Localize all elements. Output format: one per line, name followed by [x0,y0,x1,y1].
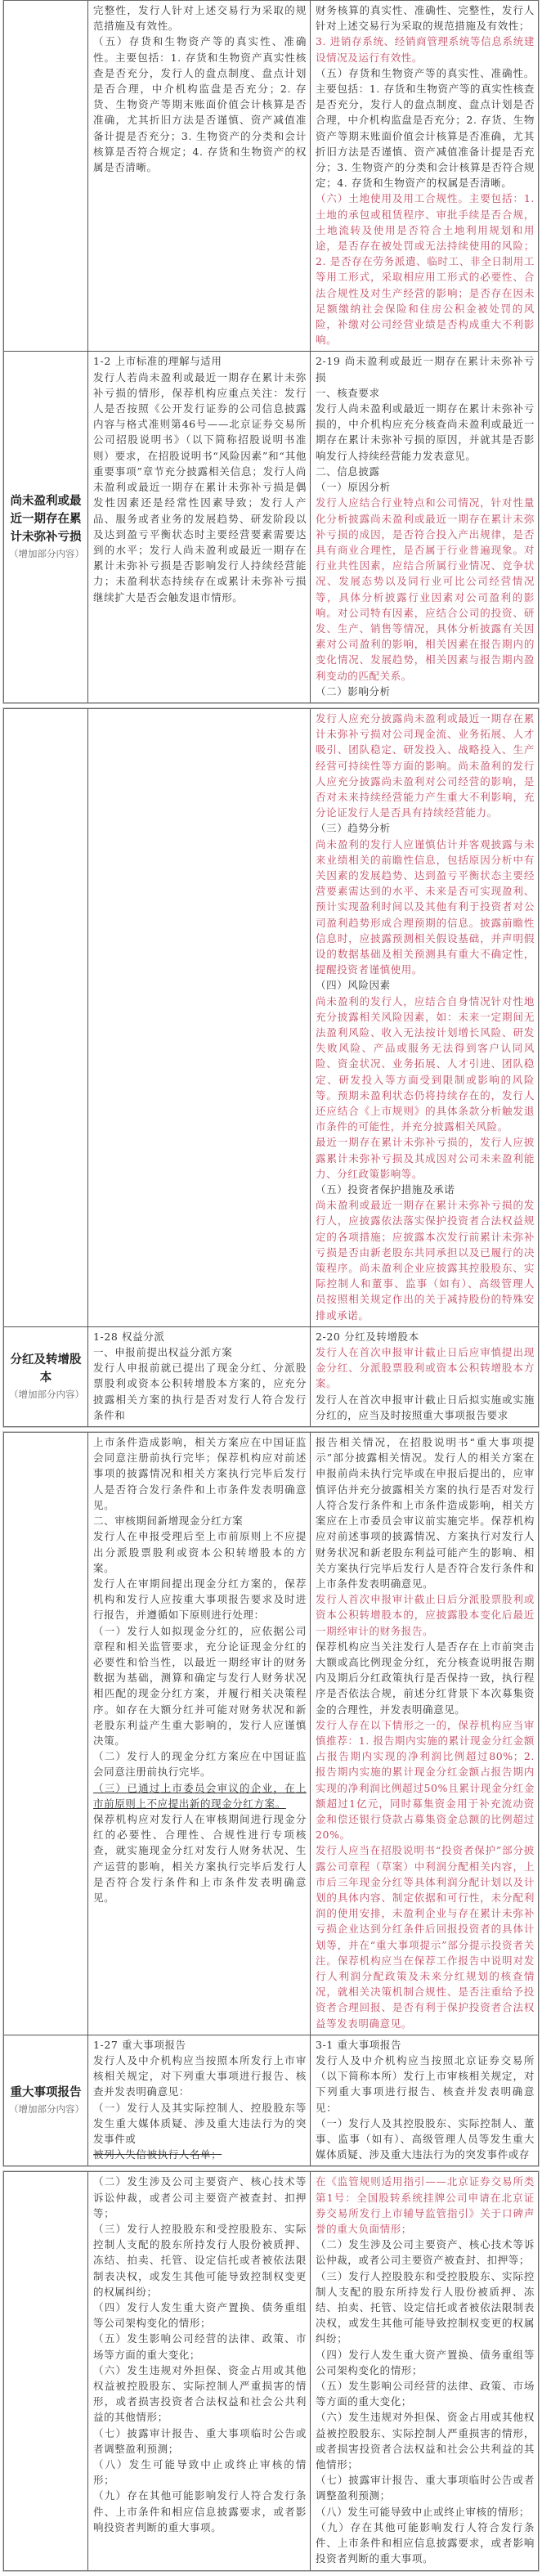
paragraph: （七）披露审计报告、重大事项临时公告或者调整盈利预测； [316,2472,535,2503]
added-paragraph: （六）土地使用及用工合规性。主要包括：1. 土地的承包或租赁程序、审批手续是否合… [316,191,535,348]
added-paragraph: 发行人应充分披露尚未盈利或最近一期存在累计未弥补亏损对公司现金流、业务拓展、人才… [316,711,535,820]
paragraph: （三）已通过上市委员会审议的企业，在上市前原则上不应提出新的现金分红方案。 [93,1780,307,1811]
paragraph: 保荐机构应对发行人在审核期间进行现金分红的必要性、合理性、合规性进行专项核查，就… [93,1811,307,1905]
added-paragraph: 发行人在首次申报审计截止日后应审慎提出现金分红、分派股票股利或资本公积转增股本方… [316,1344,535,1392]
paragraph: 上市条件造成影响，相关方案应在中国证监会同意注册前执行完毕；保荐机构应对前述事项… [93,1434,307,1513]
table-row: 上市条件造成影响，相关方案应在中国证监会同意注册前执行完毕；保荐机构应对前述事项… [4,1433,538,2035]
old-rule-cell: 1-27 重大事项报告发行人及中介机构应当按照本所发行上市审核相关规定，对下列重… [88,2035,311,2166]
new-rule-cell: 2-20 分红及转增股本发行人在首次申报审计截止日后应审慎提出现金分红、分派股票… [311,1327,538,1426]
paragraph: 发行人及中介机构应当按照北京证券交易所（以下简称本所）发行上市审核相关规定，对下… [316,2053,535,2116]
paragraph: 1-2 上市标准的理解与适用 [93,353,307,369]
added-paragraph: 发行人首次申报审计截止日后分派股票股利或资本公积转增股本的，应披露股本变化后最近… [316,1591,535,1639]
topic-note: （增加部分内容） [9,546,83,562]
table-row: 分红及转增股本（增加部分内容）1-28 权益分派一、申报前提出权益分派方案发行人… [4,1327,538,1426]
topic-note: （增加部分内容） [9,1387,83,1402]
paragraph: （五）存货和生物资产等的真实性、准确性。主要包括：1. 存货和生物资产等的真实性… [316,65,535,191]
paragraph: 一、核查要求 [316,385,535,401]
paragraph: （一）发行人如拟现金分红的，应依据公司章程和相关监管要求，充分论证现金分红的必要… [93,1623,307,1749]
paragraph: 发行人在首次申报审计截止日后拟实施或实施分红的，应当及时按照重大事项报告要求 [316,1392,535,1423]
paragraph: 完整性，发行人针对上述交易行为采取的规范措施及有效性。 [93,2,307,34]
topic-title: 分红及转增股本 [9,1351,83,1387]
paragraph: （二）发生涉及公司主要资产、核心技术等诉讼仲裁，或者公司主要资产被查封、扣押等； [316,2237,535,2268]
paragraph: （八）发生可能导致中止或终止审核的情形； [316,2504,535,2520]
added-paragraph: 发行人应当在招股说明书“投资者保护”部分披露公司章程（草案）中利润分配相关内容，… [316,1842,535,2031]
paragraph: 二、审核期间新增现金分红方案 [93,1513,307,1528]
added-paragraph: 最近一期存在累计未弥补亏损的，发行人应披露累计未弥补亏损及其成因对公司未来盈利能… [316,1134,535,1182]
paragraph: （五）发生影响公司经营的法律、政策、市场等方面的重大变化； [93,2331,307,2362]
paragraph: （五）存货和生物资产等的真实性、准确性。主要包括：1. 存货和生物资产真实性核查… [93,34,307,175]
paragraph: 一、申报前提出权益分派方案 [93,1344,307,1360]
paragraph: （三）发行人控股股东和受控股股东、实际控制人支配的股东所持发行人股份被质押、冻结… [316,2269,535,2347]
paragraph: （三）发行人控股股东和受控股股东、实际控制人支配的股东所持发行人股份被质押、冻结… [93,2221,307,2300]
paragraph: 1-28 权益分派 [93,1329,307,1344]
paragraph: 发行人若尚未盈利或最近一期存在累计未弥补亏损的情形，保荐机构应重点关注：发行人是… [93,370,307,605]
topic-cell: 分红及转增股本（增加部分内容） [4,1327,88,1426]
paragraph: （一）发行人及其实际控制人、控股股东等发生重大媒体质疑、涉及重大违法行为的突发事… [93,2100,307,2147]
table-row: 尚未盈利或最近一期存在累计未弥补亏损（增加部分内容）1-2 上市标准的理解与适用… [4,352,538,702]
paragraph: （一）发行人及其控股股东、实际控制人、董事、监事（如有）、高级管理人员等发生重大… [316,2116,535,2163]
old-rule-cell: 上市条件造成影响，相关方案应在中国证监会同意注册前执行完毕；保荐机构应对前述事项… [88,1433,311,2035]
paragraph: （九）存在其他可能影响发行人符合发行条件、上市条件和相应信息披露要求，或者影响投… [316,2520,535,2567]
topic-cell [4,2172,88,2569]
topic-cell [4,1,88,351]
old-rule-cell: 完整性，发行人针对上述交易行为采取的规范措施及有效性。（五）存货和生物资产等的真… [88,1,311,351]
new-rule-cell: 2-19 尚未盈利或最近一期存在累计未弥补亏损一、核查要求发行人尚未盈利或最近一… [311,352,538,702]
paragraph: （七）披露审计报告、重大事项临时公告或者调整盈利预测； [93,2426,307,2457]
table-row: 重大事项报告（增加部分内容）1-27 重大事项报告发行人及中介机构应当按照本所发… [4,2035,538,2166]
paragraph: （九）存在其他可能影响发行人符合发行条件、上市条件和相应信息披露要求，或者影响投… [93,2488,307,2535]
added-paragraph: 发行人应结合行业特点和公司情况，针对性量化分析披露尚未盈利或最近一期存在累计未弥… [316,495,535,683]
table-page-segment: 完整性，发行人针对上述交易行为采取的规范措施及有效性。（五）存货和生物资产等的真… [3,0,539,703]
topic-cell: 尚未盈利或最近一期存在累计未弥补亏损（增加部分内容） [4,352,88,702]
table-page-segment: （二）发生涉及公司主要资产、核心技术等诉讼仲裁，或者公司主要资产被查封、扣押等；… [3,2171,539,2570]
new-rule-cell: 财务核算的真实性、准确性、完整性，发行人针对上述交易行为采取的规范措施及有效性；… [311,1,538,351]
paragraph: 2-20 分红及转增股本 [316,1329,535,1344]
paragraph: （六）发生违规对外担保、资金占用或其他权益被控股股东、实际控制人严重损害的情形，… [316,2409,535,2472]
paragraph: 发行人申报前就已提出了现金分红、分派股票股利或资本公积转增股本方案的，应充分披露… [93,1360,307,1423]
topic-note: （增加部分内容） [9,2102,83,2117]
table-page-segment: 发行人应充分披露尚未盈利或最近一期存在累计未弥补亏损对公司现金流、业务拓展、人才… [3,708,539,1427]
paragraph: 发行人及中介机构应当按照本所发行上市审核相关规定，对下列重大事项进行报告、核查并… [93,2053,307,2100]
paragraph: （四）风险因素 [316,977,535,993]
paragraph: （二）发行人的现金分红方案应在中国证监会同意注册前执行完毕。 [93,1748,307,1779]
added-paragraph: 在《监管规则适用指引——北京证券交易所类第1号：全国股转系统挂牌公司申请在北京证… [316,2174,535,2237]
paragraph: （四）发行人发生重大资产置换、债务重组等公司架构变化的情形； [316,2347,535,2378]
old-rule-cell: （二）发生涉及公司主要资产、核心技术等诉讼仲裁，或者公司主要资产被查封、扣押等；… [88,2172,311,2569]
new-rule-cell: 3-1 重大事项报告发行人及中介机构应当按照北京证券交易所（以下简称本所）发行上… [311,2035,538,2166]
paragraph: 3-1 重大事项报告 [316,2037,535,2053]
topic-cell [4,709,88,1326]
topic-cell: 重大事项报告（增加部分内容） [4,2035,88,2166]
paragraph: （三）趋势分析 [316,820,535,836]
paragraph: 财务核算的真实性、准确性、完整性，发行人针对上述交易行为采取的规范措施及有效性； [316,2,535,34]
table-page-segment: 上市条件造成影响，相关方案应在中国证监会同意注册前执行完毕；保荐机构应对前述事项… [3,1432,539,2166]
old-rule-cell: 1-28 权益分派一、申报前提出权益分派方案发行人申报前就已提出了现金分红、分派… [88,1327,311,1426]
comparison-document: 完整性，发行人针对上述交易行为采取的规范措施及有效性。（五）存货和生物资产等的真… [3,0,539,2571]
table-row: （二）发生涉及公司主要资产、核心技术等诉讼仲裁，或者公司主要资产被查封、扣押等；… [4,2172,538,2569]
old-rule-cell: 1-2 上市标准的理解与适用发行人若尚未盈利或最近一期存在累计未弥补亏损的情形，… [88,352,311,702]
paragraph: 报告相关情况，在招股说明书“重大事项提示”部分披露相关情况。发行人的相关方案在申… [316,1434,535,1591]
paragraph: 保荐机构应当关注发行人是否存在上市前突击大额或高比例现金分红，充分核查说明报告期… [316,1639,535,1717]
added-paragraph: 3. 进销存系统、经销商管理系统等信息系统建设情况及运行有效性。 [316,34,535,65]
topic-title: 重大事项报告 [11,2084,82,2102]
paragraph: （六）发生违规对外担保、资金占用或其他权益被控股股东、实际控制人严重损害的情形，… [93,2363,307,2426]
new-rule-cell: 在《监管规则适用指引——北京证券交易所类第1号：全国股转系统挂牌公司申请在北京证… [311,2172,538,2569]
new-rule-cell: 报告相关情况，在招股说明书“重大事项提示”部分披露相关情况。发行人的相关方案在申… [311,1433,538,2035]
deleted-paragraph: 被列入失信被执行人名单； [93,2147,307,2162]
topic-cell [4,1433,88,2035]
added-paragraph: 尚未盈利的发行人，应结合自身情况针对性地充分披露相关风险因素，如：未来一定期间无… [316,994,535,1135]
paragraph: （二）影响分析 [316,684,535,699]
paragraph: 发行人在审期间提出现金分红方案的，保荐机构和发行人应按重大事项报告要求及时进行报… [93,1576,307,1623]
old-rule-cell [88,709,311,1326]
paragraph: （八）发生可能导致中止或终止审核的情形； [93,2457,307,2488]
paragraph: 1-27 重大事项报告 [93,2037,307,2053]
topic-title: 尚未盈利或最近一期存在累计未弥补亏损 [9,492,83,546]
paragraph: （二）发生涉及公司主要资产、核心技术等诉讼仲裁，或者公司主要资产被查封、扣押等； [93,2174,307,2221]
new-rule-cell: 发行人应充分披露尚未盈利或最近一期存在累计未弥补亏损对公司现金流、业务拓展、人才… [311,709,538,1326]
paragraph: 2-19 尚未盈利或最近一期存在累计未弥补亏损 [316,353,535,384]
table-row: 发行人应充分披露尚未盈利或最近一期存在累计未弥补亏损对公司现金流、业务拓展、人才… [4,709,538,1327]
paragraph: （五）投资者保护措施及承诺 [316,1182,535,1197]
paragraph: 二、信息披露 [316,464,535,479]
paragraph: （五）发生影响公司经营的法律、政策、市场等方面的重大变化； [316,2378,535,2409]
paragraph: （一）原因分析 [316,479,535,495]
paragraph: 发行人在申报受理后至上市前原则上不应提出分派股票股利或资本公积转增股本的方案。 [93,1528,307,1576]
added-paragraph: 尚未盈利的发行人应谨慎估计并客观披露与未来业绩相关的前瞻性信息，包括原因分析中有… [316,837,535,978]
table-row: 完整性，发行人针对上述交易行为采取的规范措施及有效性。（五）存货和生物资产等的真… [4,1,538,352]
paragraph: （四）发行人发生重大资产置换、债务重组等公司架构变化的情形； [93,2300,307,2331]
added-paragraph: 尚未盈利或最近一期存在累计未弥补亏损的发行人，应披露依法落实保护投资者合法权益规… [316,1197,535,1323]
added-paragraph: 发行人存在以下情形之一的，保荐机构应当审慎推荐：1. 报告期内实施的累计现金分红… [316,1717,535,1843]
paragraph: 发行人尚未盈利或最近一期存在累计未弥补亏损的，中介机构应充分核查尚未盈利或最近一… [316,401,535,464]
